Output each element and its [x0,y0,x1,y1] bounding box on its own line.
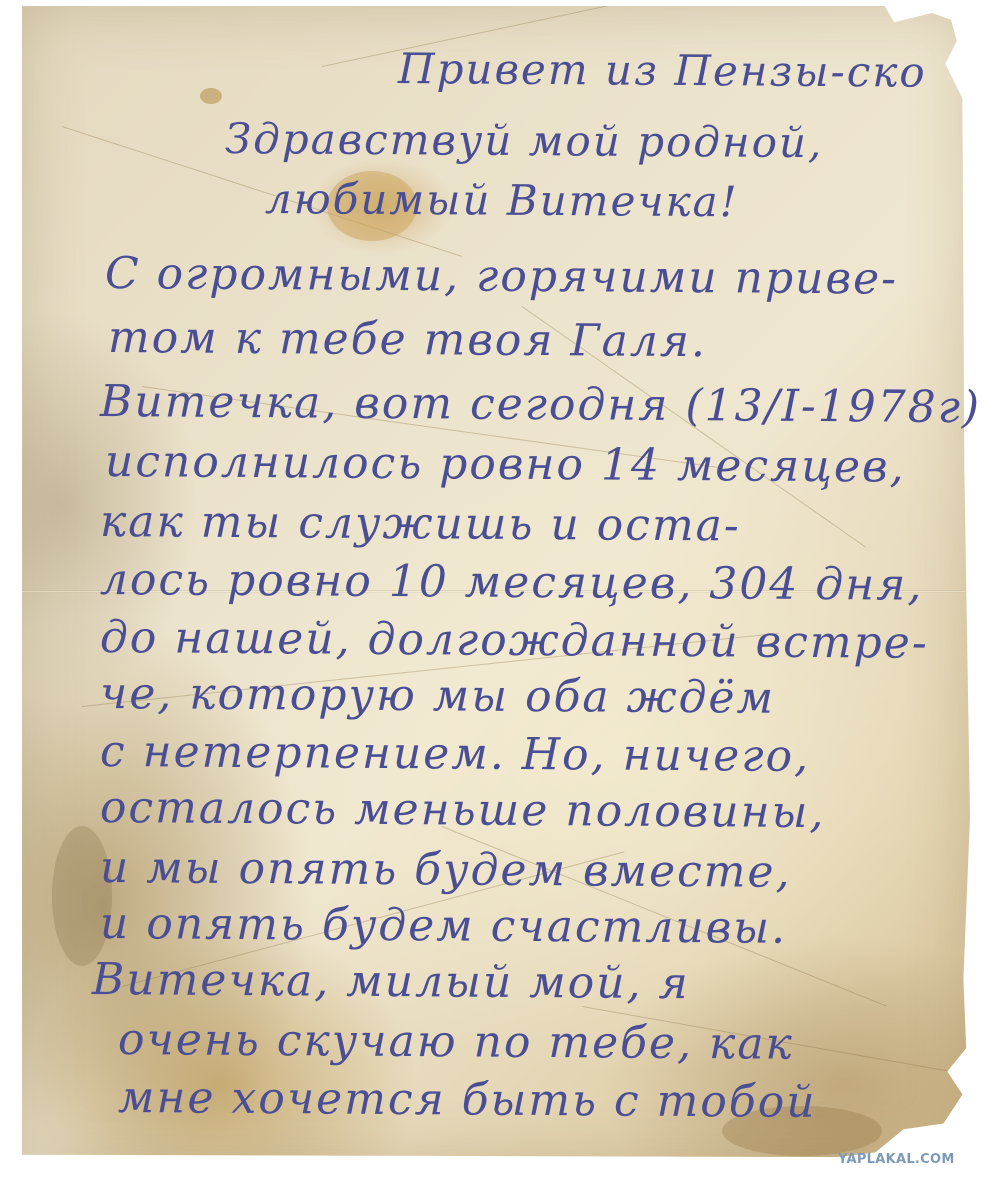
letter-body-line: том к тебе твоя Галя. [108,316,707,364]
letter-body-line: че, которую мы оба ждём [100,672,775,721]
watermark: YAPLAKAL.COM [838,1152,955,1167]
letter-greeting-line-3: любимый Витечка! [265,178,739,223]
letter-body-line: Витечка, милый мой, я [92,958,690,1006]
letter-body-line: осталось меньше половины, [100,786,826,835]
letter-body-line: Витечка, вот сегодня (13/I-1978г) [100,380,981,430]
letter-body-line: до нашей, долгожданной встре- [100,616,929,666]
letter-body-line: мне хочется быть с тобой [118,1076,817,1125]
letter-body-line: исполнилось ровно 14 месяцев, [105,440,906,490]
letter-body-line: и опять будем счастливы. [100,902,787,951]
letter-greeting-line-1: Привет из Пензы-ско [398,48,927,94]
letter-greeting-line-2: Здравствуй мой родной, [225,118,824,164]
letter-body-line: очень скучаю по тебе, как [118,1018,794,1067]
letter-text: Привет из Пензы-ско Здравствуй мой родно… [0,0,1000,1197]
letter-body-line: с нетерпением. Но, ничего, [100,730,810,779]
letter-body-line: и мы опять будем вместе, [100,846,792,895]
letter-body-line: как ты служишь и оста- [100,500,741,548]
letter-body-line: лось ровно 10 месяцев, 304 дня, [100,558,924,608]
letter-body-line: С огромными, горячими приве- [105,252,898,302]
